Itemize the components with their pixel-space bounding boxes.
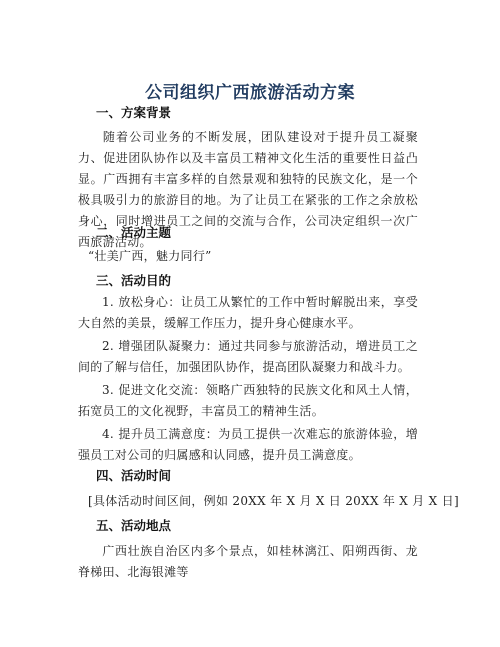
paragraph-time: [具体活动时间区间，例如 20XX 年 X 月 X 日 20XX 年 X 月 X… <box>88 492 459 509</box>
paragraph-purpose-2: 2. 增强团队凝聚力：通过共同参与旅游活动，增进员工之间的了解与信任，加强团队协… <box>78 336 418 378</box>
document-title: 公司组织广西旅游活动方案 <box>0 78 500 103</box>
paragraph-purpose-1: 1. 放松身心：让员工从繁忙的工作中暂时解脱出来，享受大自然的美景，缓解工作压力… <box>78 292 418 334</box>
paragraph-purpose-4: 4. 提升员工满意度：为员工提供一次难忘的旅游体验，增强员工对公司的归属感和认同… <box>78 424 418 466</box>
section-heading-theme: 二、活动主题 <box>96 223 171 241</box>
section-heading-location: 五、活动地点 <box>96 516 171 534</box>
section-heading-time: 四、活动时间 <box>96 466 171 484</box>
section-heading-background: 一、方案背景 <box>96 103 171 121</box>
document-page: 公司组织广西旅游活动方案 一、方案背景 随着公司业务的不断发展，团队建设对于提升… <box>0 0 500 647</box>
section-heading-purpose: 三、活动目的 <box>96 271 171 289</box>
paragraph-theme: “壮美广西，魅力同行” <box>88 247 212 264</box>
paragraph-location: 广西壮族自治区内多个景点，如桂林漓江、阳朔西街、龙脊梯田、北海银滩等 <box>78 541 418 583</box>
paragraph-purpose-3: 3. 促进文化交流：领略广西独特的民族文化和风土人情，拓宽员工的文化视野，丰富员… <box>78 380 418 422</box>
